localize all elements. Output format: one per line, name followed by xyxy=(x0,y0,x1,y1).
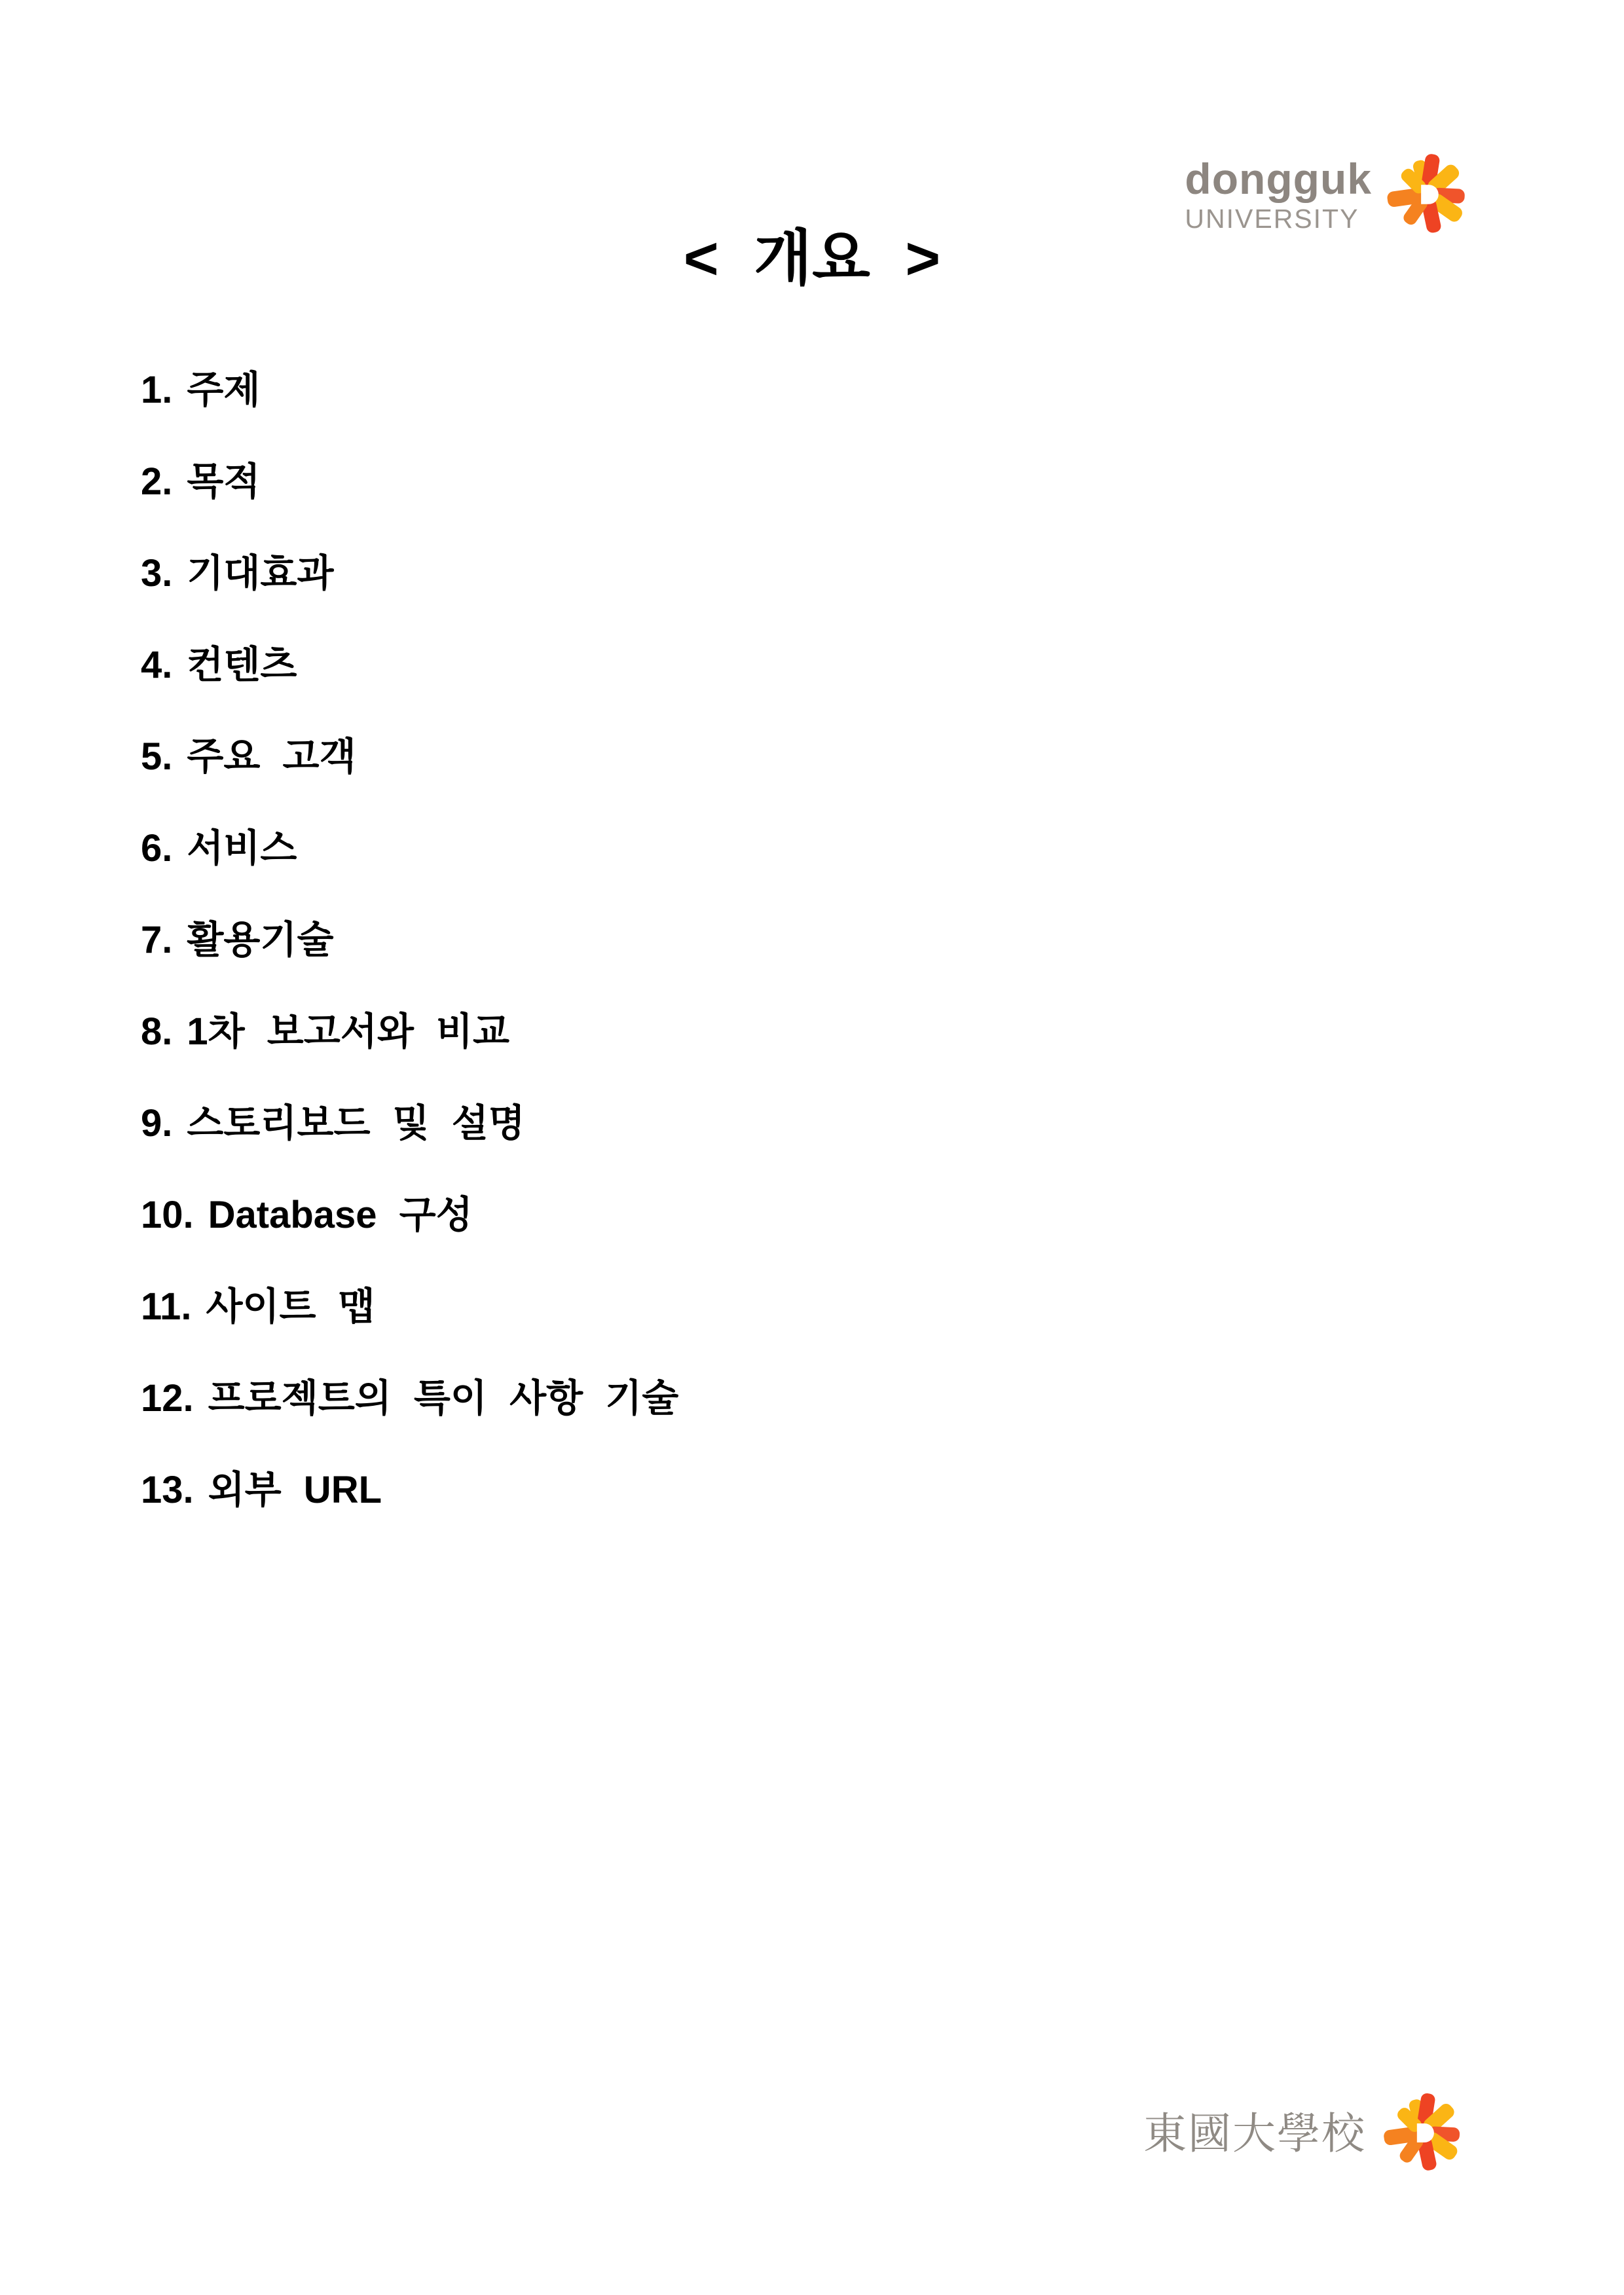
university-logo-text: dongguk UNIVERSITY xyxy=(1185,156,1372,232)
toc-item-number: 10. xyxy=(141,1192,194,1238)
toc-item: 7. 활용기술 xyxy=(141,917,678,1009)
toc-item-number: 13. xyxy=(141,1467,194,1513)
toc-list: 1. 주제 2. 목적 3. 기대효과 4. 컨텐츠 5. 주요 고객 6. 서… xyxy=(141,367,678,1559)
toc-item-label: 1차 보고서와 비교 xyxy=(187,1009,509,1055)
toc-item: 4. 컨텐츠 xyxy=(141,642,678,734)
toc-item: 2. 목적 xyxy=(141,459,678,551)
toc-item-label: 기대효과 xyxy=(187,551,333,597)
toc-item-label: Database 구성 xyxy=(208,1192,473,1238)
toc-item-label: 외부 URL xyxy=(208,1467,382,1513)
university-seal: 東國大學校 xyxy=(1143,2085,1470,2180)
logo-wordmark: dongguk xyxy=(1185,156,1372,202)
toc-item-number: 3. xyxy=(141,551,172,597)
toc-item-label: 컨텐츠 xyxy=(187,642,297,688)
toc-item-number: 6. xyxy=(141,826,172,872)
toc-item-label: 서비스 xyxy=(187,826,297,872)
toc-item-label: 목적 xyxy=(187,459,260,505)
toc-item-number: 8. xyxy=(141,1009,172,1055)
toc-item: 13. 외부 URL xyxy=(141,1467,678,1559)
toc-item-number: 11. xyxy=(141,1284,191,1330)
document-page: dongguk UNIVERSITY < 개요 > 1. 주제 2. 목적 3.… xyxy=(0,0,1624,2295)
toc-item: 5. 주요 고객 xyxy=(141,734,678,826)
toc-item: 6. 서비스 xyxy=(141,826,678,917)
toc-item-label: 활용기술 xyxy=(187,917,333,963)
toc-item-label: 스토리보드 및 설명 xyxy=(187,1101,525,1147)
toc-item-number: 9. xyxy=(141,1101,172,1147)
toc-item-label: 주요 고객 xyxy=(187,734,356,780)
toc-item-label: 프로젝트의 특이 사항 기술 xyxy=(208,1376,679,1422)
toc-item-number: 5. xyxy=(141,734,172,780)
university-name-hanja: 東國大學校 xyxy=(1143,2112,1366,2155)
toc-item-number: 12. xyxy=(141,1376,194,1422)
toc-item: 10. Database 구성 xyxy=(141,1192,678,1284)
toc-item: 12. 프로젝트의 특이 사항 기술 xyxy=(141,1376,678,1467)
toc-item: 11. 사이트 맵 xyxy=(141,1284,678,1376)
toc-item-number: 4. xyxy=(141,642,172,688)
toc-item: 1. 주제 xyxy=(141,367,678,459)
toc-item-number: 1. xyxy=(141,367,172,413)
toc-item-number: 2. xyxy=(141,459,172,505)
toc-item-label: 주제 xyxy=(187,367,260,413)
lotus-flower-icon xyxy=(1375,2085,1470,2180)
page-title: < 개요 > xyxy=(0,223,1624,295)
toc-item-number: 7. xyxy=(141,917,172,963)
toc-item: 3. 기대효과 xyxy=(141,551,678,642)
toc-item: 8. 1차 보고서와 비교 xyxy=(141,1009,678,1101)
toc-item: 9. 스토리보드 및 설명 xyxy=(141,1101,678,1192)
toc-item-label: 사이트 맵 xyxy=(206,1284,375,1330)
